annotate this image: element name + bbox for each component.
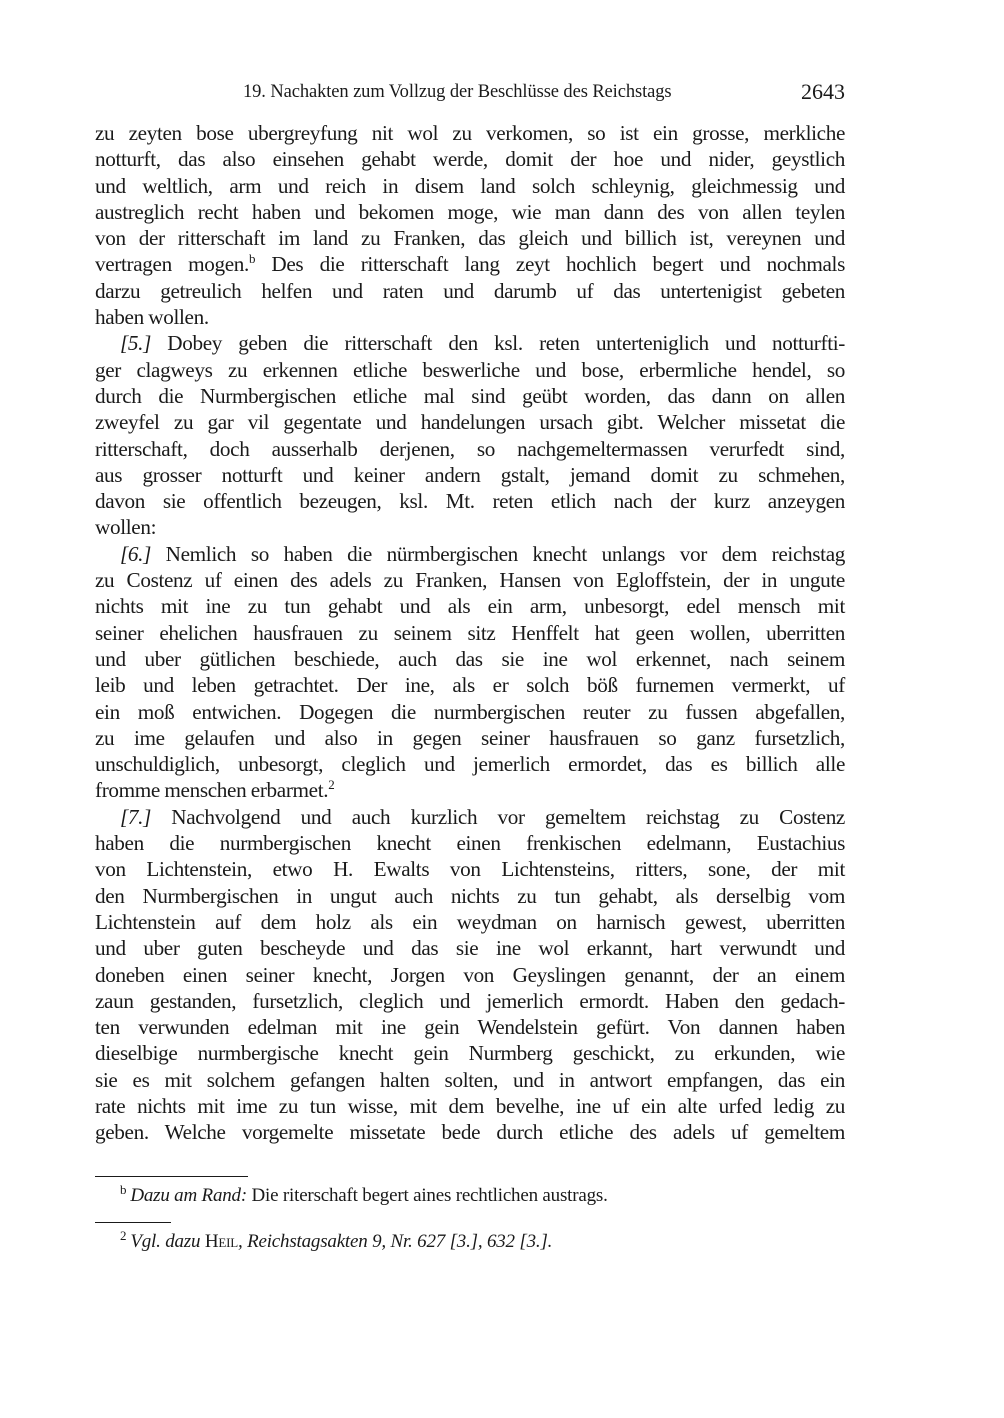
running-head: 19. Nachakten zum Vollzug der Beschlüsse… <box>95 80 845 108</box>
text-line: aus grosser notturft und keiner andern g… <box>95 462 845 488</box>
footnote-textual-b: bDazu am Rand: Die riterschaft begert ai… <box>120 1182 608 1207</box>
paragraph-number: [5.] <box>120 331 151 355</box>
text-line: darzu getreulich helfen und raten und da… <box>95 278 845 304</box>
text-line: davon sie offentlich bezeugen, ksl. Mt. … <box>95 488 845 514</box>
text-line: vertragen mogen.b Des die ritterschaft l… <box>95 251 845 277</box>
text-line: rate nichts mit ime zu tun wisse, mit de… <box>95 1093 845 1119</box>
text-line: zu zeyten bose ubergreyfung nit wol zu v… <box>95 120 845 146</box>
text-line: fromme menschen erbarmet.2 <box>95 777 845 803</box>
footnote-numbered-2: 2Vgl. dazu Heil, Reichstagsakten 9, Nr. … <box>120 1228 552 1253</box>
footnote-italic-prefix: Vgl. dazu <box>130 1231 205 1252</box>
text-line: und uber gütlichen beschiede, auch das s… <box>95 646 845 672</box>
text-line: geben. Welche vorgemelte missetate bede … <box>95 1119 845 1145</box>
text-line: zu ime gelaufen und also in gegen seiner… <box>95 725 845 751</box>
body-text: zu zeyten bose ubergreyfung nit wol zu v… <box>95 120 845 1146</box>
text-line: ten verwunden edelman mit ine gein Wende… <box>95 1014 845 1040</box>
footnote-italic: Dazu am Rand: <box>130 1185 247 1206</box>
text-line: durch die Nurmbergischen etliche mal sin… <box>95 383 845 409</box>
text-line: austreglich recht haben und bekomen moge… <box>95 199 845 225</box>
footnote-citation: , Reichstagsakten 9, Nr. 627 [3.], 632 [… <box>238 1231 552 1252</box>
footnote-rule-textual <box>95 1176 248 1177</box>
text-line: doneben einen seiner knecht, Jorgen von … <box>95 962 845 988</box>
footnote-text: Die riterschaft begert aines rechtlichen… <box>247 1185 608 1206</box>
text-line: ein moß entwichen. Dogegen die nurmbergi… <box>95 699 845 725</box>
text-line: und uber guten bescheyde und das sie ine… <box>95 935 845 961</box>
text-segment: vertragen mogen. <box>95 252 249 276</box>
text-line: sie es mit solchem gefangen halten solte… <box>95 1067 845 1093</box>
text-line: wollen: <box>95 514 845 540</box>
text-line: leib und leben getrachtet. Der ine, als … <box>95 672 845 698</box>
text-line: dieselbige nurmbergische knecht gein Nur… <box>95 1040 845 1066</box>
text-segment: Dobey geben die ritterschaft den ksl. re… <box>151 331 845 355</box>
paragraph-7-first-line: [7.] Nachvolgend und auch kurzlich vor g… <box>95 804 845 830</box>
text-line: zu Costenz uf einen des adels zu Franken… <box>95 567 845 593</box>
text-line: ger clagweys zu erkennen etliche beswerl… <box>95 357 845 383</box>
text-line: Lichtenstein auf dem holz als ein weydma… <box>95 909 845 935</box>
text-segment: Des die ritterschaft lang zeyt hochlich … <box>255 252 845 276</box>
text-line: zaun gestanden, fursetzlich, cleglich un… <box>95 988 845 1014</box>
text-segment: fromme menschen erbarmet. <box>95 778 328 802</box>
text-line: seiner ehelichen hausfrauen zu seinem si… <box>95 620 845 646</box>
paragraph-number: [6.] <box>120 542 151 566</box>
text-segment: Nachvolgend und auch kurzlich vor gemelt… <box>151 805 845 829</box>
running-head-title: 19. Nachakten zum Vollzug der Beschlüsse… <box>243 82 671 103</box>
text-line: nichts mit ine zu tun gehabt und als ein… <box>95 593 845 619</box>
text-segment: Nemlich so haben die nürmbergischen knec… <box>151 542 845 566</box>
text-line: von Lichtenstein, etwo H. Ewalts von Lic… <box>95 856 845 882</box>
page-number: 2643 <box>801 79 845 105</box>
footnote-mark: 2 <box>120 1228 126 1243</box>
text-line: unschuldiglich, unbesorgt, cleglich und … <box>95 751 845 777</box>
paragraph-number: [7.] <box>120 805 151 829</box>
text-line: ritterschaft, doch ausserhalb derjenen, … <box>95 436 845 462</box>
text-line: notturft, das also einsehen gehabt werde… <box>95 146 845 172</box>
footnote-mark: b <box>120 1182 126 1197</box>
footnote-ref-2[interactable]: 2 <box>328 777 334 792</box>
text-line: zweyfel zu gar vil gegentate und handelu… <box>95 409 845 435</box>
text-line: von der ritterschaft im land zu Franken,… <box>95 225 845 251</box>
text-line: haben die nurmbergischen knecht einen fr… <box>95 830 845 856</box>
footnote-rule-numbered <box>95 1222 171 1223</box>
footnote-author: Heil <box>205 1231 238 1252</box>
text-line: haben wollen. <box>95 304 845 330</box>
paragraph-5-first-line: [5.] Dobey geben die ritterschaft den ks… <box>95 330 845 356</box>
text-line: den Nurmbergischen in ungut auch nichts … <box>95 883 845 909</box>
paragraph-6-first-line: [6.] Nemlich so haben die nürmbergischen… <box>95 541 845 567</box>
text-line: und weltlich, arm und reich in disem lan… <box>95 173 845 199</box>
